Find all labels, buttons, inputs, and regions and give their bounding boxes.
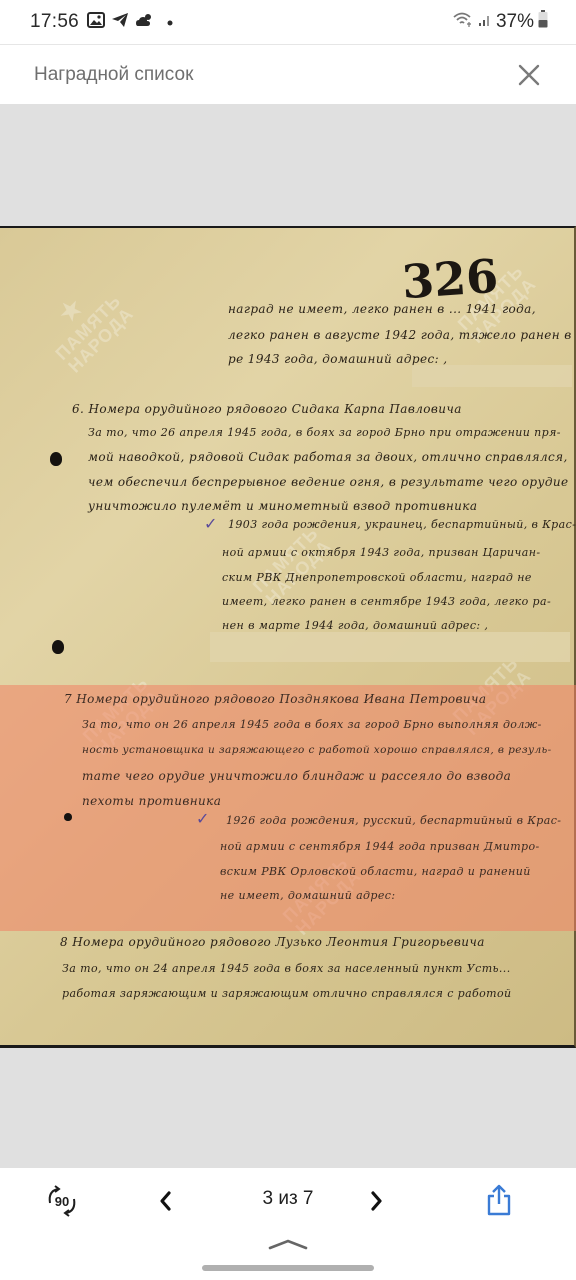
handwritten-line: ность установщика и заряжающего с работо… — [82, 744, 552, 756]
handwritten-line: вским РВК Орловской области, наград и ра… — [220, 865, 531, 878]
handwritten-line: 8 Номера орудийного рядового Лузько Леон… — [60, 935, 485, 949]
signal-icon — [478, 11, 492, 33]
handwritten-line: 7 Номера орудийного рядового Позднякова … — [64, 692, 486, 706]
rotate-90-icon: 90 — [40, 1183, 84, 1219]
handwritten-line: работая заряжающим и заряжающим отлично … — [62, 987, 512, 1000]
svg-text:90: 90 — [55, 1194, 69, 1209]
telegram-icon — [111, 12, 129, 33]
page-title: Наградной список — [34, 64, 193, 86]
handwritten-line: ре 1943 года, домашний адрес: , — [228, 352, 447, 366]
share-icon — [486, 1184, 512, 1216]
previous-page-button[interactable] — [150, 1186, 180, 1216]
gesture-handle[interactable] — [202, 1265, 374, 1271]
handwritten-line: 1903 года рождения, украинец, беспартийн… — [228, 518, 576, 531]
handwritten-line: 6. Номера орудийного рядового Сидака Кар… — [72, 402, 462, 416]
watermark: ★ ПАМЯТЬ НАРОДА — [31, 270, 137, 376]
handwritten-line: ским РВК Днепропетровской области, награ… — [222, 571, 532, 584]
cloud-weather-icon — [135, 12, 155, 33]
share-button[interactable] — [482, 1182, 516, 1218]
handwritten-line: За то, что он 24 апреля 1945 года в боях… — [62, 962, 511, 975]
handwritten-line: За то, что 26 апреля 1945 года, в боях з… — [88, 426, 561, 439]
handwritten-line: пехоты противника — [82, 794, 221, 808]
punch-hole — [50, 452, 62, 466]
system-navigation-bar — [0, 1234, 576, 1280]
punch-hole — [64, 813, 72, 821]
system-status: 37% — [452, 10, 548, 34]
next-page-button[interactable] — [362, 1186, 392, 1216]
handwritten-line: легко ранен в августе 1942 года, тяжело … — [228, 328, 576, 342]
chevron-left-icon — [157, 1190, 173, 1212]
handwritten-line: наград не имеет, легко ранен в ... 1941 … — [228, 302, 536, 316]
punch-hole — [52, 640, 64, 654]
bottom-toolbar: 90 3 из 7 — [0, 1168, 576, 1234]
redacted-address — [210, 632, 570, 662]
status-bar: 17:56 37% — [0, 0, 576, 44]
gallery-icon — [87, 12, 105, 33]
handwritten-line: нен в марте 1944 года, домашний адрес: , — [222, 619, 488, 632]
close-icon — [516, 62, 542, 88]
close-button[interactable] — [516, 62, 542, 88]
handwritten-line: не имеет, домашний адрес: — [220, 889, 395, 902]
chevron-up-icon — [266, 1234, 310, 1254]
battery-icon — [538, 10, 548, 34]
handwritten-line: чем обеспечил беспрерывное ведение огня,… — [88, 475, 569, 489]
archive-stamp-number: 326 — [400, 249, 500, 310]
checkmark-icon: ✓ — [204, 514, 217, 534]
handwritten-line: ной армии с сентября 1944 года призван Д… — [220, 840, 540, 853]
notification-icons — [87, 12, 173, 33]
rotate-button[interactable]: 90 — [40, 1186, 84, 1216]
status-time: 17:56 — [30, 11, 79, 33]
handwritten-line: ной армии с октября 1943 года, призван Ц… — [222, 546, 540, 559]
viewer-header: Наградной список — [0, 44, 576, 104]
checkmark-icon: ✓ — [196, 809, 209, 829]
chevron-right-icon — [369, 1190, 385, 1212]
document-image: ★ ПАМЯТЬ НАРОДА ПАМЯТЬ НАРОДА ПАМЯТЬ НАР… — [0, 226, 576, 1048]
document-viewer[interactable]: ★ ПАМЯТЬ НАРОДА ПАМЯТЬ НАРОДА ПАМЯТЬ НАР… — [0, 104, 576, 1168]
handwritten-line: уничтожило пулемёт и минометный взвод пр… — [88, 499, 477, 513]
redacted-address — [412, 365, 572, 387]
handwritten-line: 1926 года рождения, русский, беспартийны… — [226, 814, 561, 827]
handwritten-line: мой наводкой, рядовой Сидак работая за д… — [88, 450, 568, 464]
dot-icon — [167, 13, 173, 31]
handwritten-line: имеет, легко ранен в сентябре 1943 года,… — [222, 595, 551, 608]
wifi-icon — [452, 11, 474, 33]
battery-percent: 37% — [496, 11, 534, 33]
handwritten-line: тате чего орудие уничтожило блиндаж и ра… — [82, 769, 511, 783]
expand-button[interactable] — [266, 1234, 310, 1254]
handwritten-line: За то, что он 26 апреля 1945 года в боях… — [82, 718, 542, 731]
